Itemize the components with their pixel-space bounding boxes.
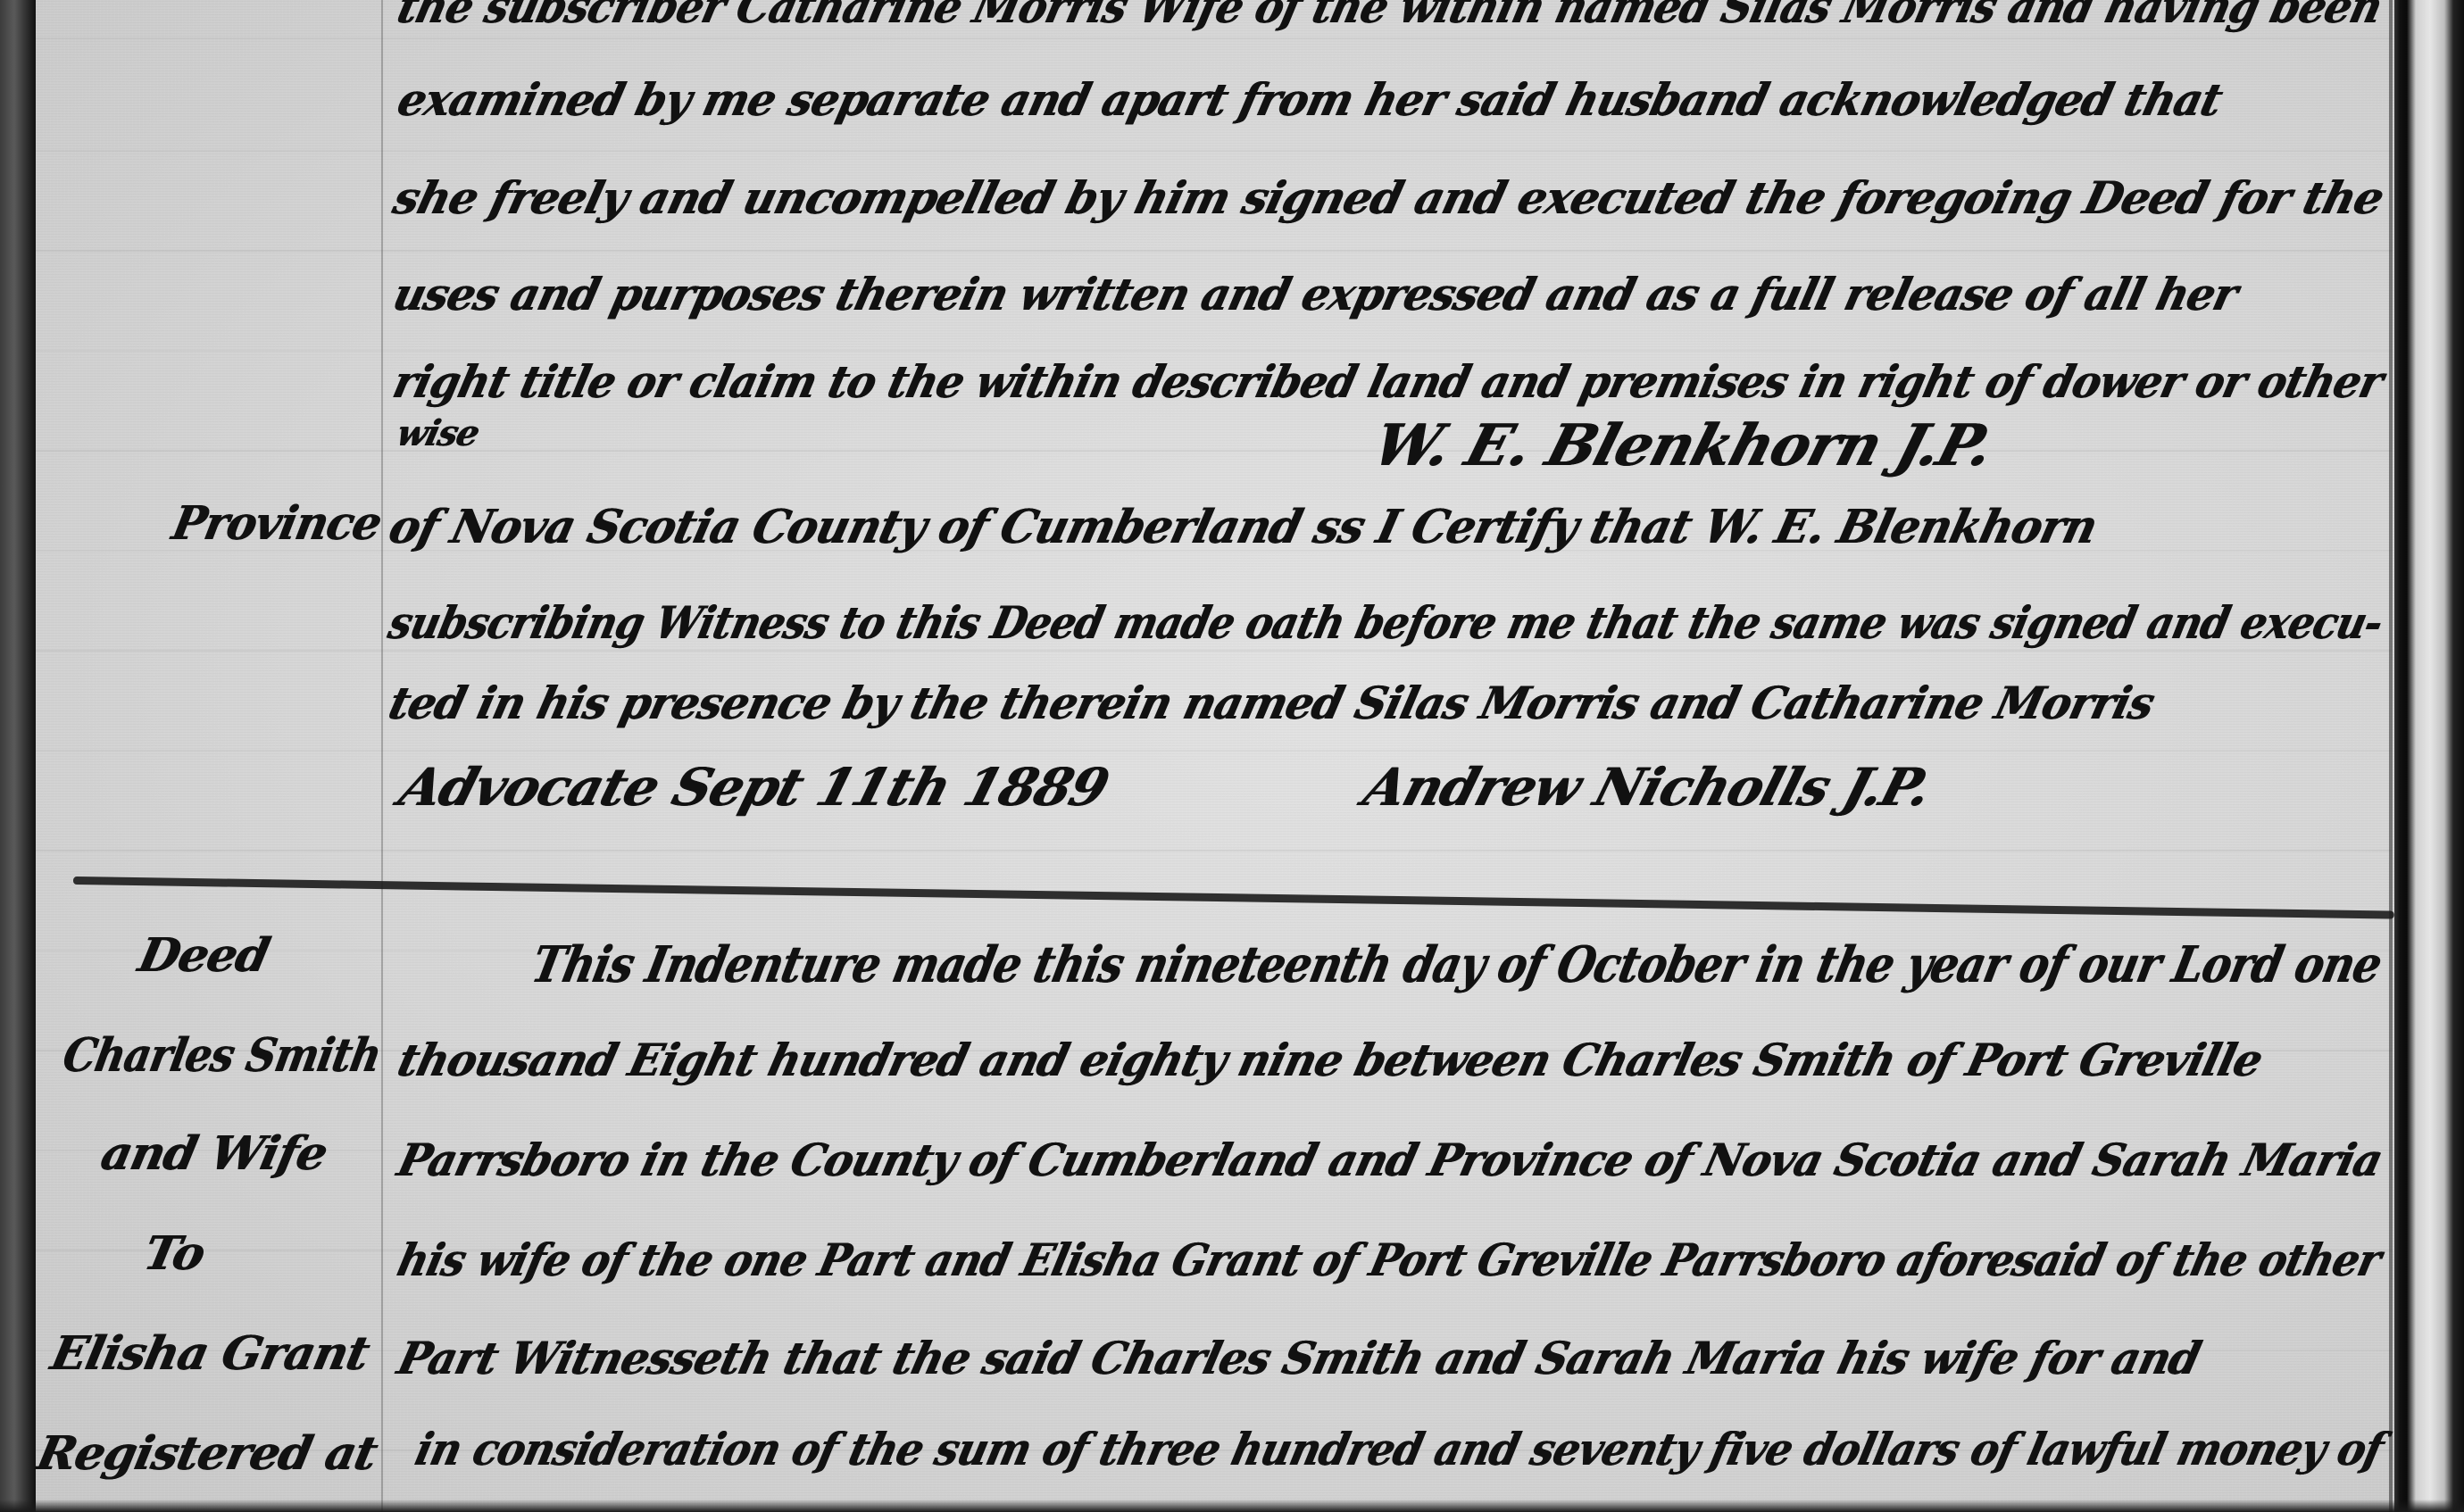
signature-blenkhorn: W. E. Blenkhorn J.P.	[1366, 412, 2000, 479]
book-binding-left	[0, 0, 36, 1512]
deed-text-line: Parrsboro in the County of Cumberland an…	[393, 1134, 2387, 1186]
text-line: wise	[393, 412, 483, 454]
certification-line: ted in his presence by the therein named…	[384, 677, 2160, 729]
certification-line: subscribing Witness to this Deed made oa…	[384, 596, 2387, 649]
text-line: uses and purposes therein written and ex…	[388, 268, 2243, 320]
entry-divider-rule	[73, 876, 2394, 919]
text-line: she freely and uncompelled by him signed…	[388, 171, 2389, 224]
deed-text-line: his wife of the one Part and Elisha Gran…	[393, 1234, 2385, 1286]
page-edge-bottom	[0, 1500, 2464, 1512]
deed-text-line: thousand Eight hundred and eighty nine b…	[393, 1034, 2268, 1086]
text-line: examined by me separate and apart from h…	[393, 73, 2227, 126]
page-edge-right	[2394, 0, 2464, 1512]
deed-text-line: This Indenture made this nineteenth day …	[527, 935, 2386, 994]
right-margin-rule	[2389, 0, 2393, 1512]
text-line: right title or claim to the within descr…	[388, 355, 2388, 408]
margin-column-rule	[381, 0, 383, 1512]
margin-note-grantee: Elisha Grant	[46, 1326, 373, 1381]
text-line: the subscriber Catharine Morris Wife of …	[393, 0, 2386, 33]
margin-note-province: Province	[168, 496, 386, 551]
deed-text-line: in consideration of the sum of three hun…	[411, 1423, 2388, 1475]
margin-note-deed: Deed	[134, 928, 274, 983]
certification-line: of Nova Scotia County of Cumberland ss I…	[384, 500, 2102, 554]
ledger-page: the subscriber Catharine Morris Wife of …	[0, 0, 2464, 1512]
margin-note-registered: Registered at	[32, 1426, 381, 1481]
margin-note-grantor: Charles Smith	[59, 1028, 385, 1083]
place-date: Advocate Sept 11th 1889	[393, 757, 1115, 818]
signature-nicholls: Andrew Nicholls J.P.	[1357, 757, 1937, 818]
margin-note-to: To	[139, 1226, 209, 1281]
deed-text-line: Part Witnesseth that the said Charles Sm…	[393, 1332, 2205, 1384]
margin-note-and-wife: and Wife	[96, 1126, 332, 1181]
